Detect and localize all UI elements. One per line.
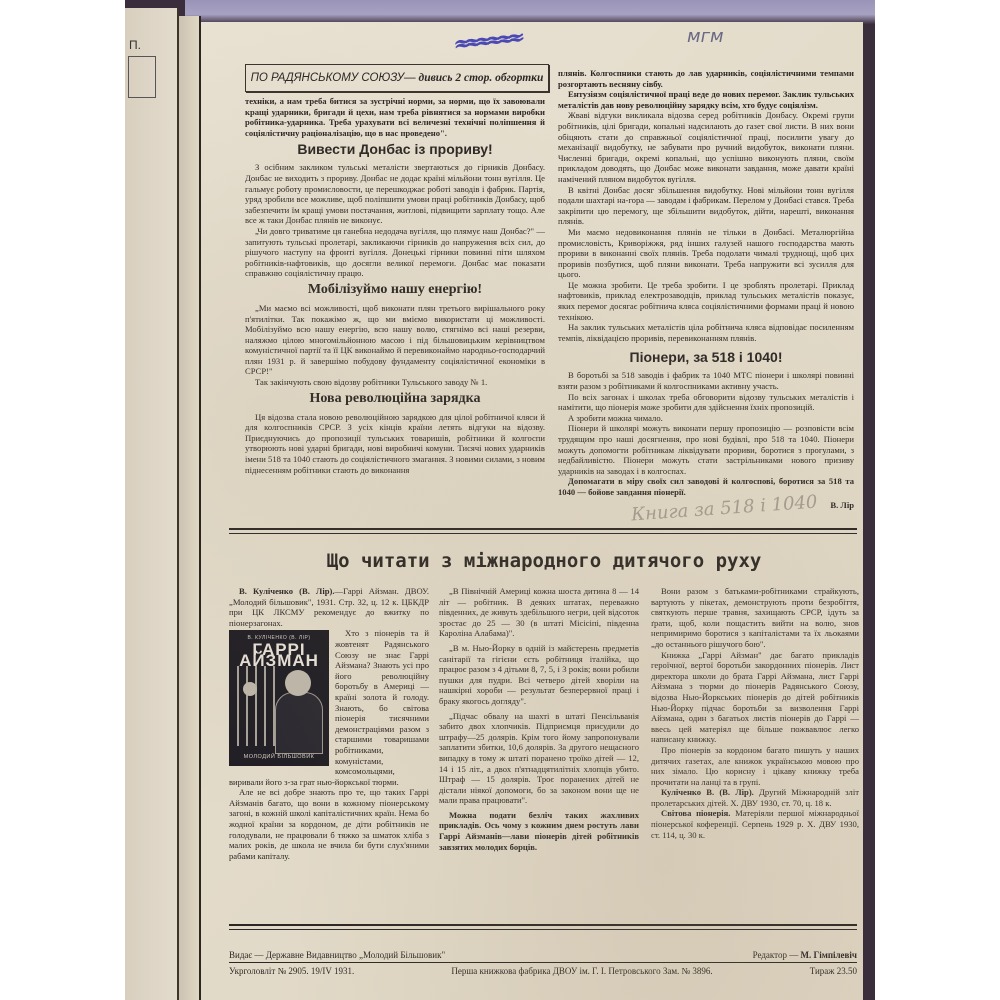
paragraph: Ця відозва стала новою революційною заря… — [245, 412, 545, 476]
reading-column-3: Вони разом з батьками-робітниками страйк… — [651, 586, 859, 840]
spine-fold — [179, 16, 201, 1000]
printer-line: Перша книжкова фабрика ДВОУ ім. Г. І. Пе… — [451, 966, 712, 976]
book-cover-publisher: МОЛОДИЙ БІЛЬШОВИК — [229, 752, 329, 763]
footer-divider — [229, 924, 857, 926]
section-title: Вивести Донбас із прориву! — [245, 141, 545, 157]
left-page-fragment: П. — [129, 38, 141, 52]
publisher-line: Видає — Державне Видавництво „Молодий Бі… — [229, 950, 445, 960]
section-divider — [229, 528, 857, 530]
policeman-body-illustration — [275, 692, 323, 754]
book-cover-title: ГАРРІ АЙЗМАН — [229, 645, 329, 666]
header-box: ПО РАДЯНСЬКОМУ СОЮЗУ — дивись 2 стор. об… — [245, 64, 549, 92]
column-left: техніки, а нам треба битися за зустрічні… — [245, 96, 545, 475]
header-box-prefix: ПО РАДЯНСЬКОМУ СОЮЗУ — [251, 72, 405, 84]
paragraph: В квітні Донбас досяг збільшення видобут… — [558, 185, 854, 227]
section-title: Нова революційна зарядка — [245, 391, 545, 407]
book-cover-image: В. КУЛІЧЕНКО (В. ЛІР) ГАРРІ АЙЗМАН МОЛОД… — [229, 630, 329, 766]
background-cloth — [185, 0, 875, 24]
section-title: Піонери, за 518 і 1040! — [558, 349, 854, 365]
newspaper-page: ≈≈≈≈≈≈ мгм ПО РАДЯНСЬКОМУ СОЮЗУ — дивись… — [201, 22, 863, 1000]
quote-paragraph: „Підчас обвалу на шахті в штаті Пенсільв… — [439, 711, 639, 806]
book-author: В. Куліченко (В. Лір). — [239, 586, 335, 596]
paragraph: На заклик тульських металістів ціла робі… — [558, 322, 854, 343]
paragraph: Вони разом з батьками-робітниками страйк… — [651, 586, 859, 650]
paragraph: Ми маємо недовиконання плянів не тільки … — [558, 227, 854, 280]
paragraph: Але не всі добре знають про те, що таких… — [229, 787, 429, 861]
paragraph: Книжка „Гаррі Айзман" дає багато приклад… — [651, 650, 859, 745]
reference-entry: Куліченко В. (В. Лір). Другий Міжнародні… — [651, 787, 859, 808]
column-right: плянів. Колгоспники стають до лав ударни… — [558, 68, 854, 510]
book-lead: В. Куліченко (В. Лір).—Гаррі Айзман. ДВО… — [229, 586, 429, 628]
paragraph: А зробити можна чимало. — [558, 413, 854, 424]
paragraph: Ентузіязм соціялістичної праці веде до н… — [558, 89, 854, 110]
paragraph: В боротьбі за 518 заводів і фабрик та 10… — [558, 370, 854, 391]
paragraph: плянів. Колгоспники стають до лав ударни… — [558, 68, 854, 89]
paragraph: Піонери й школярі можуть виконати першу … — [558, 423, 854, 476]
reading-column-2: „В Північній Америці кожна шоста дитина … — [439, 586, 639, 852]
reference-title: Світова піонерія. — [661, 808, 730, 818]
paragraph: З осібним закликом тульські металісти зв… — [245, 162, 545, 226]
left-page-box — [128, 56, 156, 98]
reading-section-title: Що читати з міжнародного дитячого руху — [231, 550, 857, 572]
quote-paragraph: „В м. Нью-Йорку в одній із майстерень пр… — [439, 643, 639, 707]
paragraph: Можна подати безліч таких жахливих прикл… — [439, 810, 639, 852]
section-title: Мобілізуймо нашу енергію! — [245, 282, 545, 298]
editor-line: Редактор — М. Гімпілевіч — [753, 950, 857, 960]
footer-publisher-row: Видає — Державне Видавництво „Молодий Бі… — [229, 950, 857, 963]
print-run: Тираж 23.50 — [810, 966, 857, 976]
header-box-suffix: — дивись 2 стор. обгортки — [404, 72, 543, 84]
editor-label: Редактор — — [753, 950, 801, 960]
paragraph: Це можна зробити. Це треба зробити. І це… — [558, 280, 854, 322]
reference-title: Куліченко В. (В. Лір). — [661, 787, 754, 797]
ink-scribble: ≈≈≈≈≈≈ — [453, 25, 520, 56]
reference-entry: Світова піонерія. Матеріяли першої міжна… — [651, 808, 859, 840]
prison-bars-illustration — [237, 666, 277, 746]
intro-paragraph: техніки, а нам треба битися за зустрічні… — [245, 96, 545, 138]
editor-name: М. Гімпілевіч — [800, 950, 857, 960]
paragraph: Так закінчують свою відозву робітники Ту… — [245, 377, 545, 388]
paragraph: „Чи довго триватиме ця ганебна недодача … — [245, 226, 545, 279]
paragraph: „Ми маємо всі можливості, щоб виконати п… — [245, 303, 545, 377]
left-page-edge: П. — [125, 8, 179, 1000]
ink-signature: мгм — [687, 26, 724, 47]
censor-line: Укрголовліт № 2905. 19/IV 1931. — [229, 966, 354, 976]
footer-print-row: Укрголовліт № 2905. 19/IV 1931. Перша кн… — [229, 966, 857, 976]
paragraph: По всіх загонах і школах треба обговорит… — [558, 392, 854, 413]
quote-paragraph: „В Північній Америці кожна шоста дитина … — [439, 586, 639, 639]
document-photo: П. ≈≈≈≈≈≈ мгм ПО РАДЯНСЬКОМУ СОЮЗУ — див… — [125, 0, 875, 1000]
paragraph: Жваві відгуки викликала відозва серед ро… — [558, 110, 854, 184]
reading-column-1: В. Куліченко (В. Лір).—Гаррі Айзман. ДВО… — [229, 586, 429, 861]
paragraph: Про піонерів за кордоном багато пишуть у… — [651, 745, 859, 787]
